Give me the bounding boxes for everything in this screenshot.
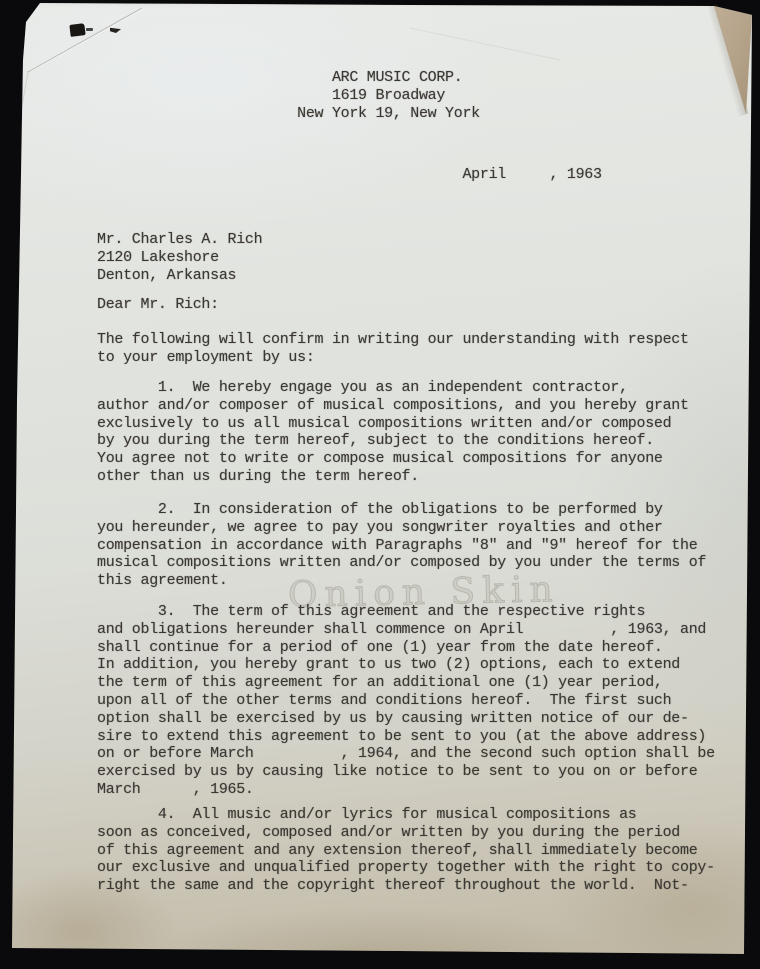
letterhead: ARC MUSIC CORP. 1619 Broadway New York 1…: [97, 69, 480, 122]
clause-3: 3. The term of this agreement and the re…: [97, 603, 715, 799]
ink-mark-icon: [110, 26, 121, 33]
date-line: April , 1963: [97, 166, 602, 184]
clause-2: 2. In consideration of the obligations t…: [97, 501, 706, 590]
salutation: Dear Mr. Rich:: [97, 296, 219, 314]
ink-smudge-icon: [69, 23, 85, 37]
letter-paper: Onion Skin ARC MUSIC CORP. 1619 Broadway…: [0, 0, 760, 969]
clause-1: 1. We hereby engage you as an independen…: [97, 379, 689, 486]
intro-paragraph: The following will confirm in writing ou…: [97, 331, 689, 367]
scanned-letter-photo: Onion Skin ARC MUSIC CORP. 1619 Broadway…: [0, 0, 760, 969]
recipient-address: Mr. Charles A. Rich 2120 Lakeshore Dento…: [97, 231, 262, 284]
clause-4: 4. All music and/or lyrics for musical c…: [97, 806, 715, 895]
ink-smudge-tail-icon: [86, 28, 93, 31]
